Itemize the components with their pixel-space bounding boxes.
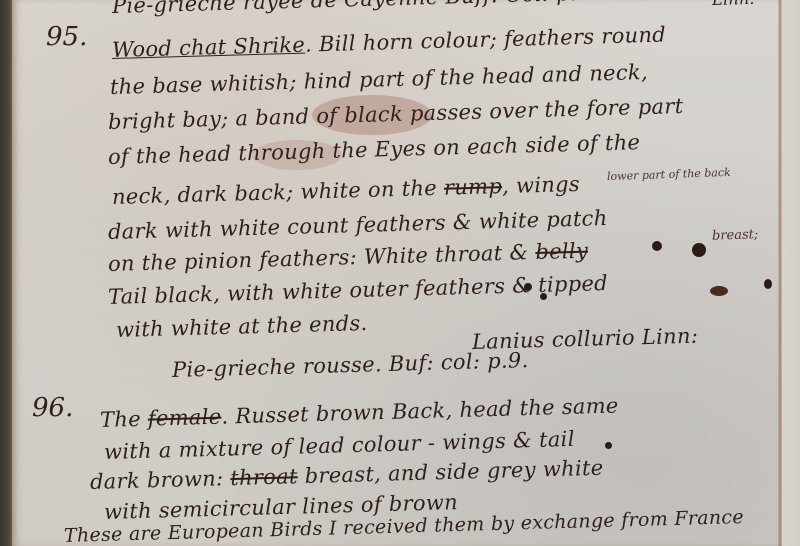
- manuscript-page: Pie-grieche rayee de Cayenne Buff: Col: …: [12, 0, 800, 546]
- line-text: . Russet brown Back, head the same: [221, 394, 619, 429]
- struck-word: rump: [444, 174, 503, 200]
- entry-number-95: 95.: [46, 22, 87, 52]
- book-binding: [0, 0, 12, 546]
- manuscript-line-5: neck, dark back; white on the rump, wing…: [112, 172, 581, 209]
- line-text: Pie-grieche rayee de Cayenne Buff: Col: …: [112, 0, 632, 18]
- margin-note-linn: Linn:: [712, 0, 756, 9]
- ink-blot: [692, 243, 706, 257]
- manuscript-line-0: Pie-grieche rayee de Cayenne Buff: Col: …: [112, 0, 632, 18]
- interlinear-insertion-breast: breast;: [712, 227, 759, 244]
- struck-word: female: [147, 405, 221, 431]
- interlinear-insertion-back: lower part of the back: [607, 166, 731, 183]
- ink-blot: [652, 241, 662, 251]
- struck-word: throat: [230, 464, 298, 490]
- line-text: dark brown:: [90, 466, 231, 494]
- manuscript-line-4: of the head through the Eyes on each sid…: [108, 130, 641, 169]
- ink-blot: [524, 283, 532, 291]
- ink-blot: [605, 442, 612, 449]
- line-text: neck, dark back; white on the: [112, 176, 445, 209]
- line-text: on the pinion feathers: White throat &: [108, 240, 536, 276]
- line-text: breast, and side grey white: [297, 456, 603, 489]
- struck-word: belly: [535, 239, 588, 264]
- entry-95-title-line: Wood chat Shrike. Bill horn colour; feat…: [112, 23, 667, 62]
- adjacent-page-edge: [782, 0, 800, 546]
- line-text: . Bill horn colour; feathers round: [305, 23, 667, 57]
- french-name-reference: Pie-grieche rousse. Buf: col: p.9.: [172, 348, 529, 382]
- species-title: Wood chat Shrike: [112, 33, 306, 62]
- manuscript-line-9: with white at the ends.: [116, 311, 368, 342]
- manuscript-line-11: The female. Russet brown Back, head the …: [100, 394, 619, 432]
- line-text: , wings: [502, 172, 581, 198]
- manuscript-line-2: the base whitish; hind part of the head …: [110, 60, 649, 99]
- entry-number-96: 96.: [32, 393, 73, 423]
- manuscript-line-6: dark with white count feathers & white p…: [108, 206, 608, 244]
- manuscript-line-8: Tail black, with white outer feathers & …: [108, 271, 609, 309]
- ink-blot: [764, 279, 772, 289]
- line-text: The: [100, 407, 148, 432]
- manuscript-line-7: on the pinion feathers: White throat & b…: [108, 239, 589, 276]
- ink-blot: [710, 286, 728, 296]
- ink-blot: [540, 293, 547, 300]
